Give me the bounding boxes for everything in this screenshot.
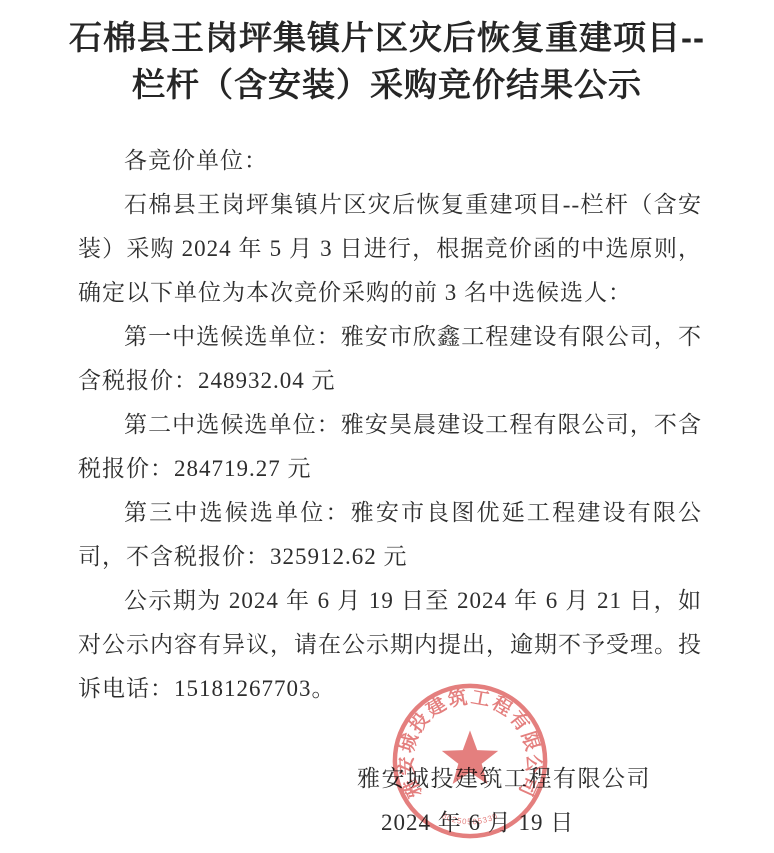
paragraph-candidate-3: 第三中选候选单位：雅安市良图优延工程建设有限公司，不含税报价：325912.62… [78,491,702,579]
document-body: 各竞价单位： 石棉县王岗坪集镇片区灾后恢复重建项目--栏杆（含安装）采购 202… [78,139,702,711]
title-line-1: 石棉县王岗坪集镇片区灾后恢复重建项目-- [0,14,774,61]
signature-date: 2024 年 6 月 19 日 [381,804,574,837]
paragraph-candidate-2: 第二中选候选单位：雅安昊晨建设工程有限公司，不含税报价：284719.27 元 [78,403,702,491]
announcement-document: 石棉县王岗坪集镇片区灾后恢复重建项目-- 栏杆（含安装）采购竞价结果公示 各竞价… [0,0,774,853]
paragraph-candidate-1: 第一中选候选单位：雅安市欣鑫工程建设有限公司，不含税报价：248932.04 元 [78,315,702,403]
document-title: 石棉县王岗坪集镇片区灾后恢复重建项目-- 栏杆（含安装）采购竞价结果公示 [0,14,774,108]
signature-company-name: 雅安城投建筑工程有限公司 [357,760,651,793]
title-line-2: 栏杆（含安装）采购竞价结果公示 [0,61,774,108]
salutation: 各竞价单位： [78,139,702,183]
paragraph-project-info: 石棉县王岗坪集镇片区灾后恢复重建项目--栏杆（含安装）采购 2024 年 5 月… [78,183,702,315]
paragraph-publicity-period: 公示期为 2024 年 6 月 19 日至 2024 年 6 月 21 日，如对… [78,579,702,711]
